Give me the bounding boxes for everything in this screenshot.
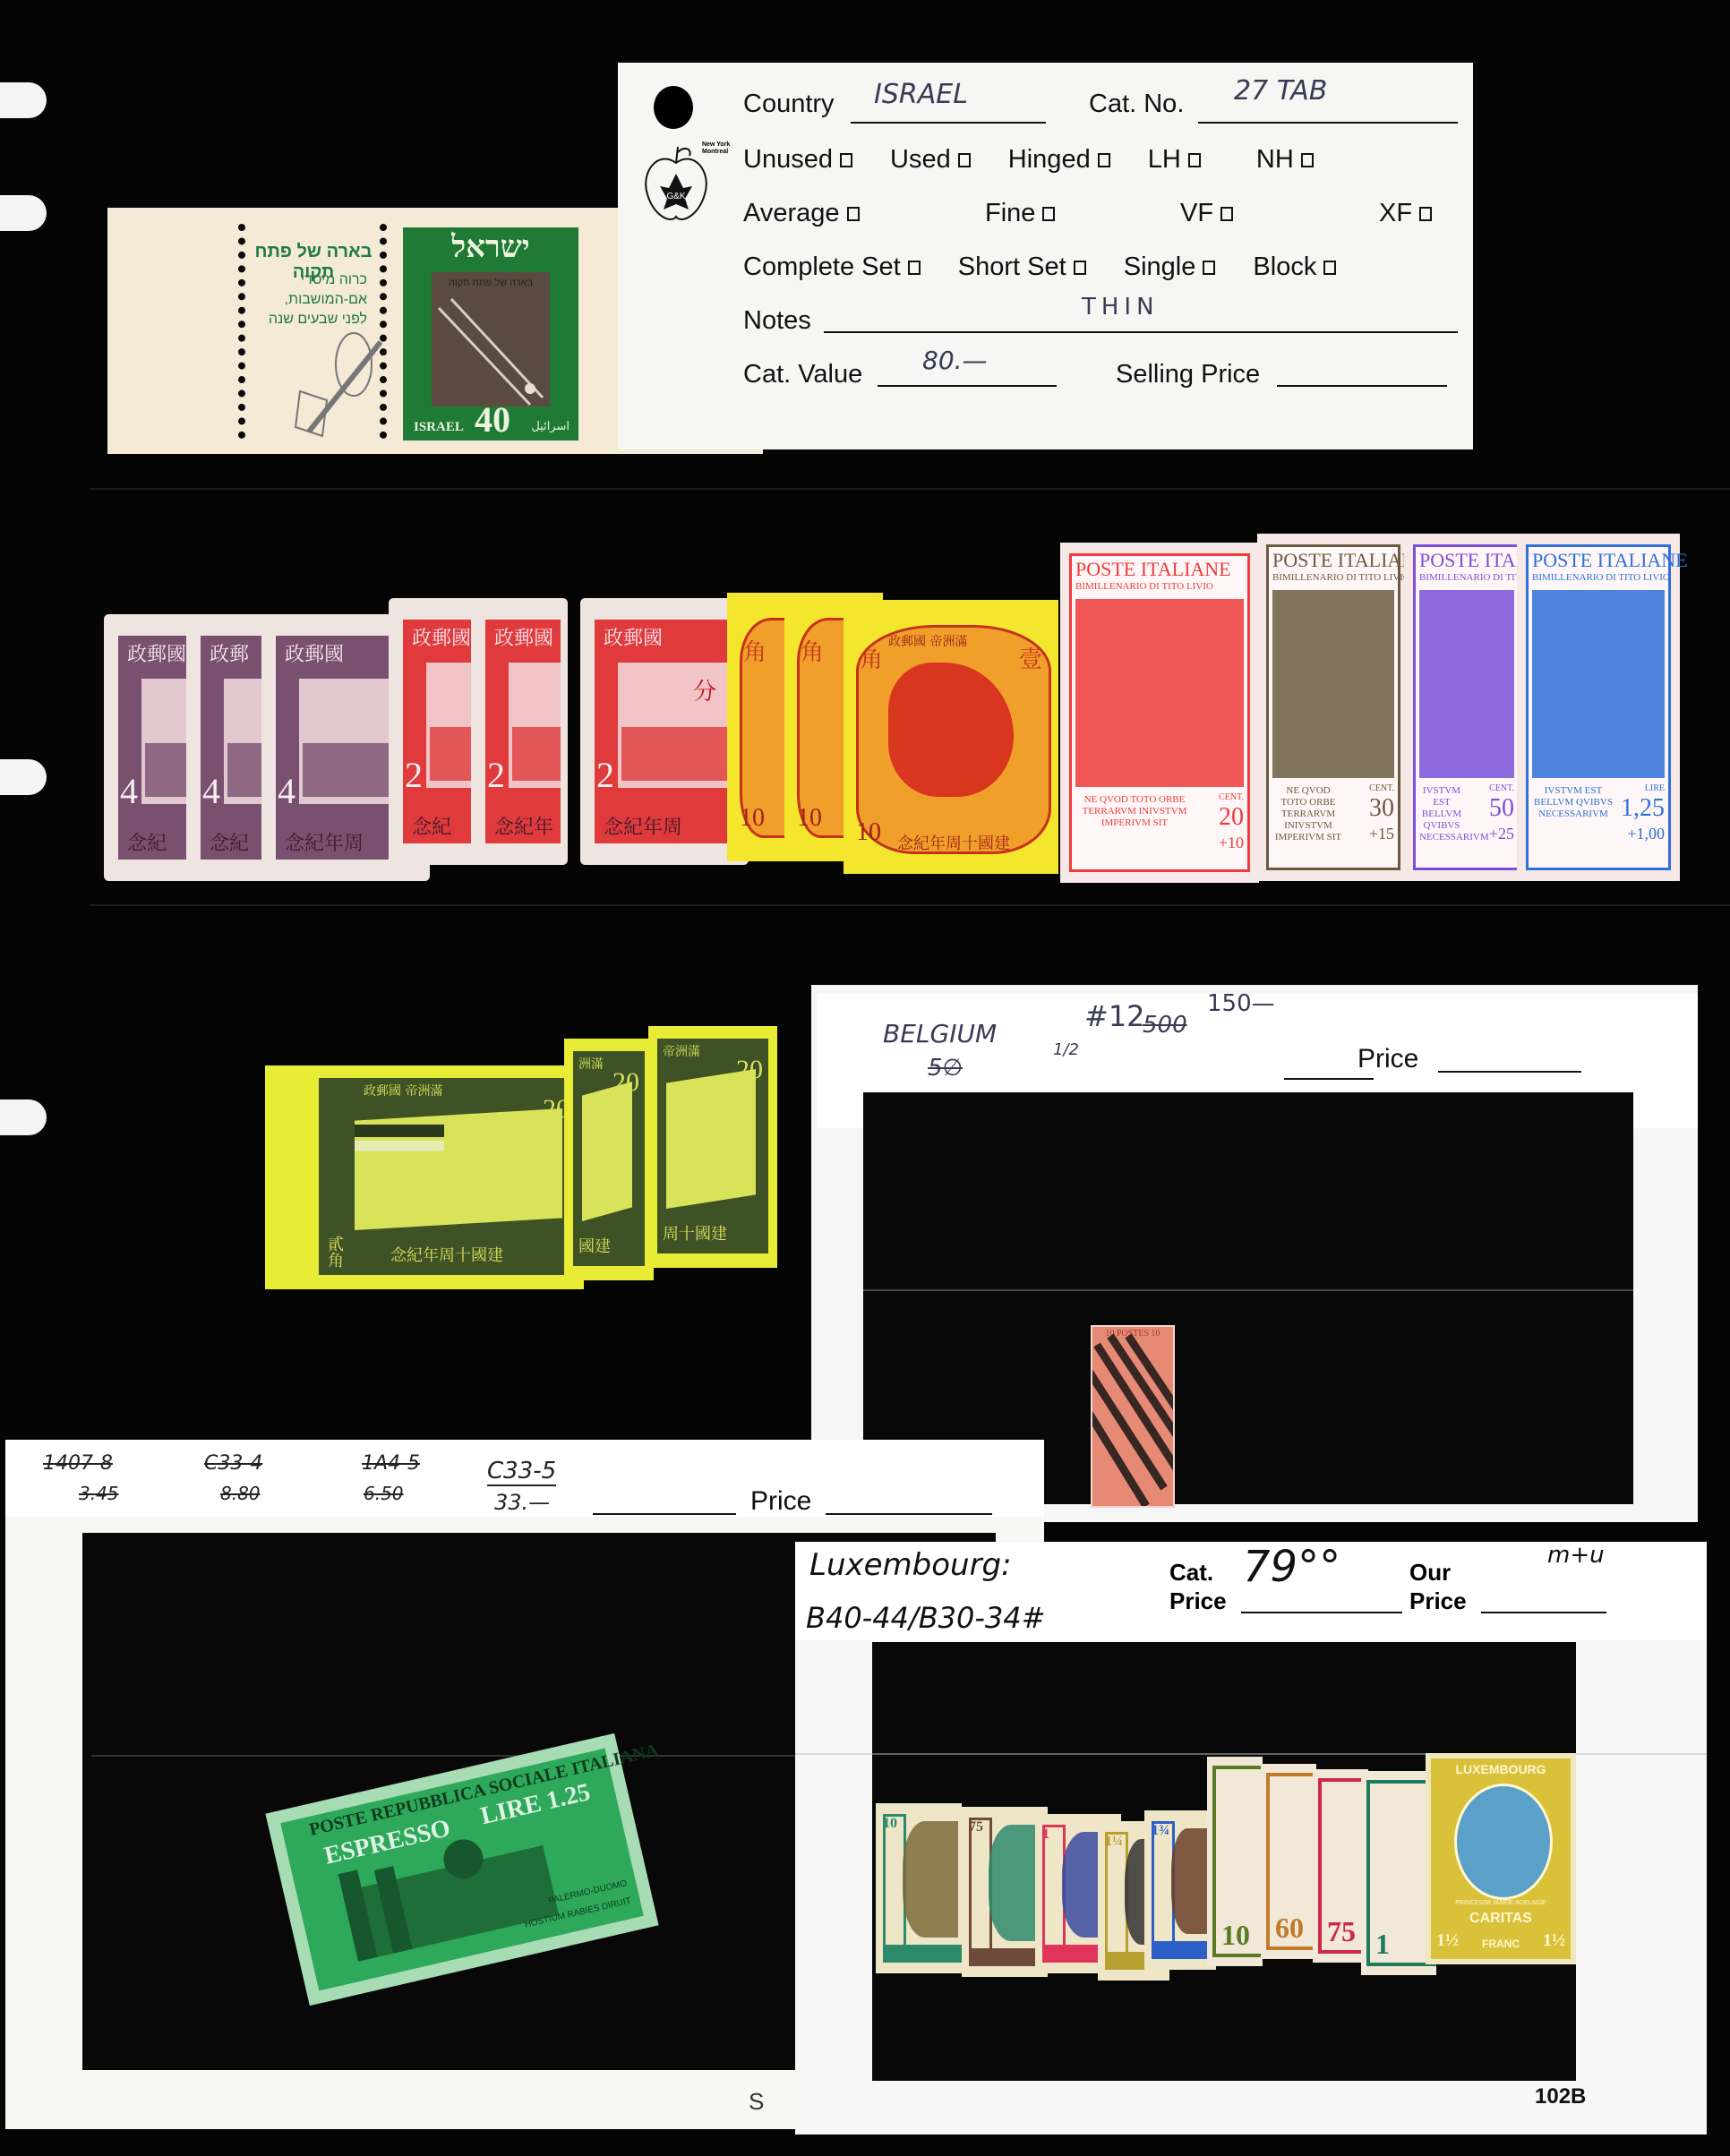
numbers-note: B40-44/B30-34# <box>806 1601 1045 1635</box>
checkbox-short-set[interactable]: Short Set <box>958 252 1086 281</box>
tools-illustration <box>291 315 390 441</box>
price-label: Price <box>750 1486 811 1517</box>
checkbox-fine[interactable]: Fine <box>985 199 1055 228</box>
condition-row: Unused Used Hinged LH NH <box>743 145 1314 175</box>
flag-illustration <box>666 1069 756 1209</box>
notes-label: Notes <box>743 306 811 336</box>
manchukuo-palace-stamp[interactable]: 政郵國4念紀 <box>107 618 197 877</box>
svg-text:G&K: G&K <box>666 192 685 201</box>
checkbox-average[interactable]: Average <box>743 199 860 228</box>
cat-value: 33.— <box>494 1490 550 1515</box>
manchukuo-palace-stamp[interactable]: 政郵國2念紀 <box>392 602 482 861</box>
page-label: 102B <box>1535 2084 1586 2109</box>
luxembourg-prince-charles-stamp[interactable]: 1¾ <box>1144 1810 1216 1970</box>
binder-hole <box>0 1099 47 1135</box>
binder-hole <box>0 759 47 795</box>
manchukuo-palace-stamp[interactable]: 政郵國2念紀年 <box>475 602 564 861</box>
our-price-field[interactable] <box>1481 1612 1606 1613</box>
cat-price-value: 79°° <box>1243 1542 1340 1592</box>
italy-tito-livio-stamp[interactable]: POSTE ITALIANEBIMILLENARIO DI TITO LIVIO… <box>1257 534 1409 881</box>
binder-hole <box>0 82 47 118</box>
stock-strip-edge <box>90 488 1730 490</box>
cat-value-label: Cat. Value <box>743 360 862 389</box>
binder-hole <box>0 195 47 231</box>
luxembourg-prince-charles-stamp[interactable]: 10 <box>876 1803 962 1973</box>
selling-price-field[interactable] <box>1277 385 1447 387</box>
cat-value-value[interactable]: 80.— <box>922 346 988 375</box>
luxembourg-tall-stamp[interactable]: 10 <box>1207 1757 1263 1966</box>
gk-tag-card: G&K New York Montreal Country ISRAEL Cat… <box>618 63 1473 449</box>
country-note: BELGIUM <box>883 1019 997 1048</box>
price-field[interactable] <box>826 1513 992 1515</box>
luxembourg-tall-stamp[interactable]: 75 <box>1313 1769 1368 1963</box>
cat-no-value[interactable]: 27 TAB <box>1234 75 1327 107</box>
cat-no-label: Cat. No. <box>1089 90 1184 119</box>
cancel-bars <box>1092 1327 1173 1506</box>
checkbox-used[interactable]: Used <box>890 145 971 174</box>
well-illustration: בארה של פתח תקוה <box>432 272 550 406</box>
punch-hole <box>654 86 693 129</box>
sheet-margin <box>265 1065 310 1289</box>
checkbox-complete-set[interactable]: Complete Set <box>743 252 921 281</box>
checkbox-hinged[interactable]: Hinged <box>1008 145 1110 174</box>
country-value[interactable]: ISRAEL <box>874 79 968 110</box>
selling-price-label: Selling Price <box>1116 360 1260 389</box>
stock-strip-edge <box>90 904 1730 906</box>
relief-illustration <box>1532 590 1665 778</box>
checkbox-nh[interactable]: NH <box>1256 145 1314 174</box>
stamp-title: ישראל <box>403 231 578 265</box>
price-label: Price <box>1357 1044 1418 1074</box>
italy-tito-livio-stamp[interactable]: POSTE ITALIANEBIMILLENARIO DI TITO LIVIO… <box>1404 534 1529 881</box>
cat-price-label: Cat.Price <box>1169 1558 1227 1615</box>
cat-number: C33-5 <box>487 1458 556 1486</box>
checkbox-unused[interactable]: Unused <box>743 145 852 174</box>
checkbox-lh[interactable]: LH <box>1148 145 1201 174</box>
relief-illustration <box>1075 599 1244 787</box>
condition-note: m+u <box>1547 1542 1605 1569</box>
flag-illustration <box>582 1082 632 1221</box>
cat-number: #12 <box>1084 999 1145 1033</box>
perforation <box>238 224 245 439</box>
country-note: Luxembourg: <box>809 1547 1012 1583</box>
manchukuo-map-stamp[interactable]: 角10政郵國 帝洲滿壹念紀年周十國建 <box>844 600 1058 874</box>
old-price: 500 <box>1143 1012 1187 1039</box>
italy-tito-livio-stamp[interactable]: POSTE ITALIANEBIMILLENARIO DI TITO LIVIO… <box>1517 534 1680 881</box>
apple-logo-icon: G&K <box>640 145 712 226</box>
checkbox-xf[interactable]: XF <box>1379 199 1432 228</box>
luxembourg-stock-card: Luxembourg: B40-44/B30-34# Cat.Price 79°… <box>795 1542 1707 2135</box>
checkbox-vf[interactable]: VF <box>1180 199 1233 228</box>
new-price: 150— <box>1207 990 1275 1017</box>
checkbox-block[interactable]: Block <box>1253 252 1336 281</box>
set-row: Complete Set Short Set Single Block <box>743 252 1336 282</box>
extra-note: 1/2 <box>1053 1040 1079 1059</box>
manchukuo-flag-stamp[interactable]: 帝洲滿20周十國建 <box>648 1026 777 1268</box>
manchukuo-flag-stamp[interactable]: 貳角政郵國 帝洲滿20念紀年周十國建 <box>310 1065 584 1289</box>
luxembourg-caritas-stamp[interactable]: LUXEMBOURGPRINCESSE MARIE-ADELAIDECARITA… <box>1426 1753 1576 1964</box>
relief-illustration <box>1272 590 1394 778</box>
israel-stamp-frame: ישראל בארה של פתח תקוה ISRAEL 40 اسرائيل <box>403 227 578 441</box>
grade-note: 5∅ <box>928 1055 963 1082</box>
italy-tito-livio-stamp[interactable]: POSTE ITALIANEBIMILLENARIO DI TITO LIVIO… <box>1060 543 1259 883</box>
manchukuo-palace-stamp[interactable]: 政郵國2念紀年周分 <box>584 602 745 861</box>
country-label: Country <box>743 90 835 118</box>
our-price-label: OurPrice <box>1409 1558 1467 1615</box>
belgium-stamp[interactable]: 10 POSTES 10 <box>1091 1325 1175 1508</box>
luxembourg-tall-stamp[interactable]: 60 <box>1261 1764 1316 1959</box>
princess-portrait <box>1454 1784 1553 1900</box>
relief-illustration <box>1419 590 1514 778</box>
manchukuo-flag-stamp[interactable]: 洲滿20國建 <box>564 1039 654 1280</box>
checkbox-single[interactable]: Single <box>1124 252 1216 281</box>
price-field[interactable] <box>1438 1071 1581 1073</box>
notes-value[interactable]: THIN <box>1082 294 1160 321</box>
stamp-value: 40 <box>475 398 510 441</box>
